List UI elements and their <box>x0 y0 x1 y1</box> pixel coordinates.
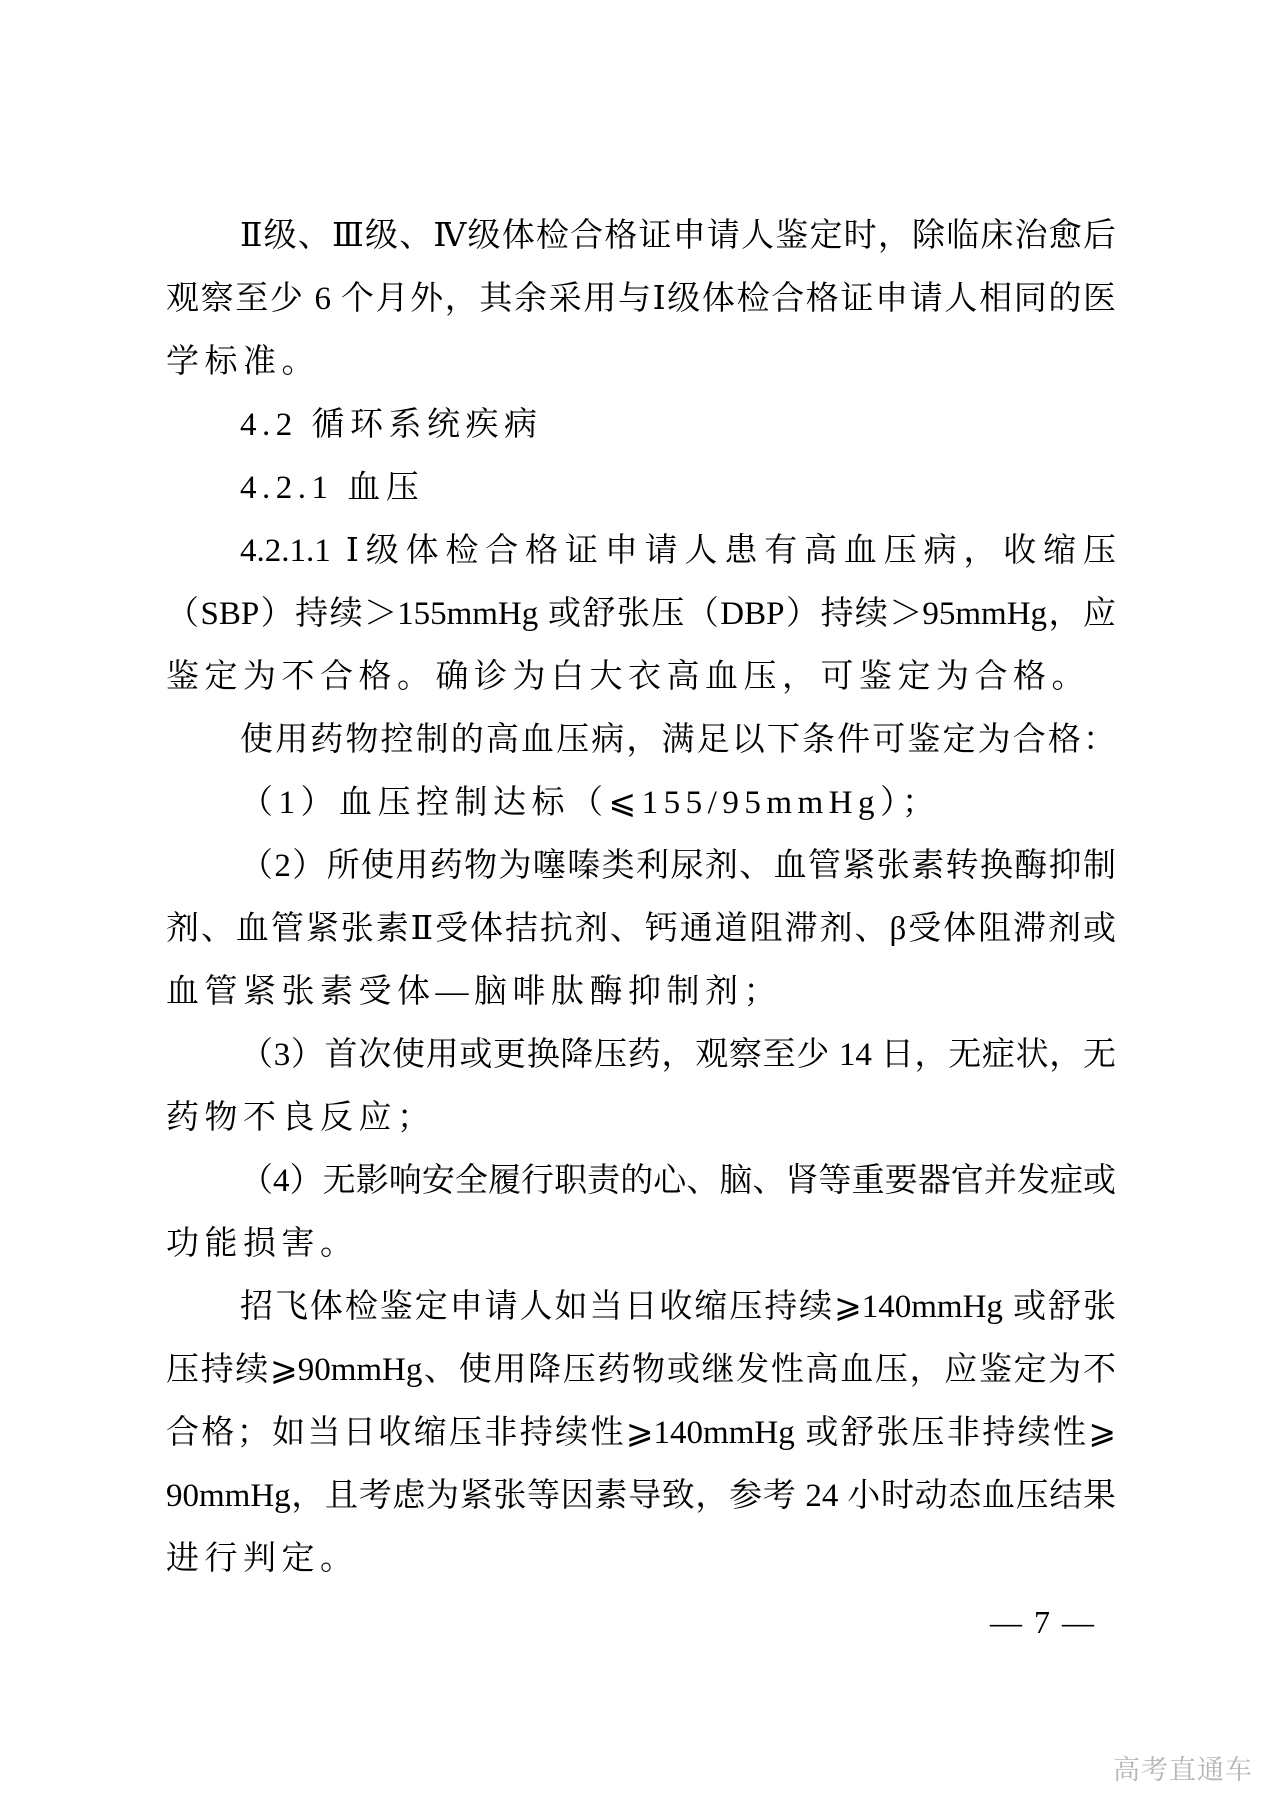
paragraph-line: 进行判定。 <box>166 1528 1116 1591</box>
document-body: Ⅱ级、Ⅲ级、Ⅳ级体检合格证申请人鉴定时，除临床治愈后 观察至少 6 个月外，其余… <box>166 205 1116 1654</box>
list-item-3: （3）首次使用或更换降压药，观察至少 14 日，无症状，无 <box>166 1024 1116 1087</box>
paragraph-line: 功能损害。 <box>166 1213 1116 1276</box>
paragraph-line: 鉴定为不合格。确诊为白大衣高血压，可鉴定为合格。 <box>166 646 1116 709</box>
paragraph-line: 使用药物控制的高血压病，满足以下条件可鉴定为合格： <box>166 709 1116 772</box>
paragraph-line: 药物不良反应； <box>166 1087 1116 1150</box>
page-number: — 7 — <box>166 1591 1116 1654</box>
watermark: 高考直通车 <box>1113 1748 1253 1787</box>
paragraph-line: 招飞体检鉴定申请人如当日收缩压持续⩾140mmHg 或舒张 <box>166 1276 1116 1339</box>
paragraph-line: 学标准。 <box>166 331 1116 394</box>
section-heading-4-2: 4.2 循环系统疾病 <box>166 394 1116 457</box>
paragraph-line: 血管紧张素受体—脑啡肽酶抑制剂； <box>166 961 1116 1024</box>
document-page: Ⅱ级、Ⅲ级、Ⅳ级体检合格证申请人鉴定时，除临床治愈后 观察至少 6 个月外，其余… <box>0 0 1280 1810</box>
list-item-4: （4）无影响安全履行职责的心、脑、肾等重要器官并发症或 <box>166 1150 1116 1213</box>
paragraph-line: 观察至少 6 个月外，其余采用与Ⅰ级体检合格证申请人相同的医 <box>166 268 1116 331</box>
list-item-1: （1）血压控制达标（⩽155/95mmHg）； <box>166 772 1116 835</box>
list-item-2: （2）所使用药物为噻嗪类利尿剂、血管紧张素转换酶抑制 <box>166 835 1116 898</box>
paragraph-line: 剂、血管紧张素Ⅱ受体拮抗剂、钙通道阻滞剂、β受体阻滞剂或 <box>166 898 1116 961</box>
section-heading-4-2-1-1: 4.2.1.1 Ⅰ级体检合格证申请人患有高血压病，收缩压 <box>166 520 1116 583</box>
paragraph-line: 90mmHg，且考虑为紧张等因素导致，参考 24 小时动态血压结果 <box>166 1465 1116 1528</box>
paragraph-line: Ⅱ级、Ⅲ级、Ⅳ级体检合格证申请人鉴定时，除临床治愈后 <box>166 205 1116 268</box>
paragraph-line: （SBP）持续＞155mmHg 或舒张压（DBP）持续＞95mmHg，应 <box>166 583 1116 646</box>
paragraph-line: 压持续⩾90mmHg、使用降压药物或继发性高血压，应鉴定为不 <box>166 1339 1116 1402</box>
paragraph-line: 合格；如当日收缩压非持续性⩾140mmHg 或舒张压非持续性⩾ <box>166 1402 1116 1465</box>
section-heading-4-2-1: 4.2.1 血压 <box>166 457 1116 520</box>
